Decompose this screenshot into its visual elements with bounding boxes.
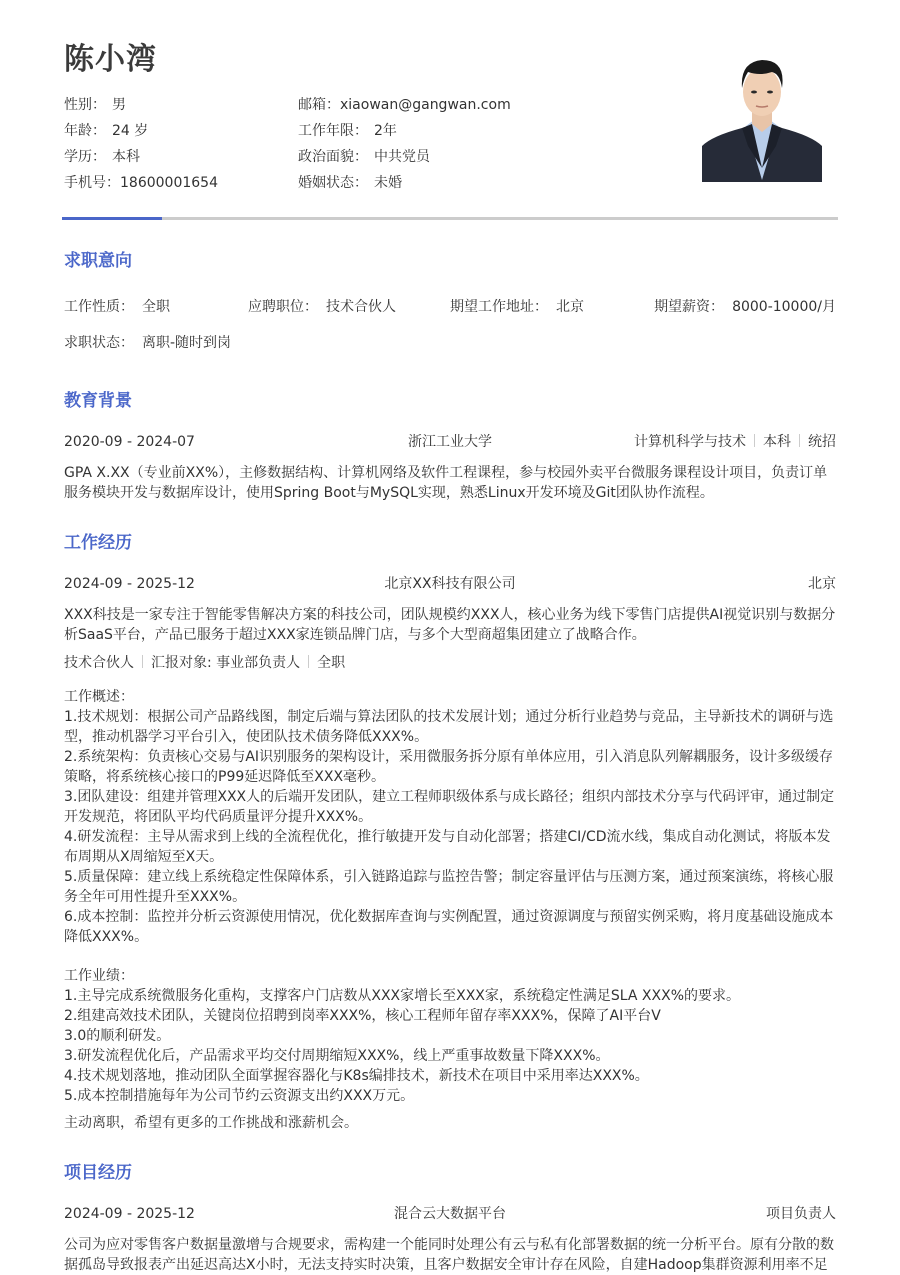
- intent-status: 求职状态：离职-随时到岗: [64, 333, 231, 353]
- intent-salary: 期望薪资：8000-10000/月: [654, 297, 836, 317]
- info-value: 中共党员: [374, 149, 430, 165]
- info-label: 工作年限：: [298, 123, 368, 139]
- text-line: 5.质量保障：建立线上系统稳定性保障体系，引入链路追踪与监控告警；制定容量评估与…: [64, 867, 836, 887]
- leave-reason: 主动离职，希望有更多的工作挑战和涨薪机会。: [64, 1113, 836, 1133]
- education-meta: 计算机科学与技术本科统招: [634, 432, 836, 452]
- text-line: 降低XXX%。: [64, 927, 836, 947]
- project-name: 混合云大数据平台: [394, 1206, 506, 1222]
- text-line: 3.研发流程优化后，产品需求平均交付周期缩短XXX%，线上严重事故数量下降XXX…: [64, 1046, 836, 1066]
- text-line: 服务模块开发与数据库设计，使用Spring Boot与MySQL实现，熟悉Lin…: [64, 483, 836, 503]
- text-line: 5.成本控制措施每年为公司节约云资源支出约XXX万元。: [64, 1086, 836, 1106]
- section-title-project: 项目经历: [64, 1161, 132, 1185]
- info-label: 性别：: [64, 97, 106, 113]
- text-line: 开发规范，将团队平均代码质量评分提升XXX%。: [64, 807, 836, 827]
- intent-location: 期望工作地址：北京: [450, 297, 584, 317]
- separator: [308, 655, 309, 668]
- section-title-education: 教育背景: [64, 389, 132, 413]
- intent-value: 北京: [556, 299, 584, 315]
- info-value: 2年: [374, 123, 397, 139]
- text-line: XXX科技是一家专注于智能零售解决方案的科技公司，团队规模约XXX人，核心业务为…: [64, 605, 836, 625]
- work-company: 北京XX科技有限公司: [384, 576, 515, 592]
- text-line: 公司为应对零售客户数据量激增与合规要求，需构建一个能同时处理公有云与私有化部署数…: [64, 1235, 836, 1255]
- education-description: GPA X.XX（专业前XX%），主修数据结构、计算机网络及软件工程课程，参与校…: [64, 463, 836, 503]
- intent-label: 工作性质：: [64, 299, 134, 315]
- info-row: 年龄：24 岁 工作年限：2年: [64, 120, 624, 146]
- info-value: 男: [112, 97, 126, 113]
- text-line: 6.成本控制：监控并分析云资源使用情况，优化数据库查询与实例配置，通过资源调度与…: [64, 907, 836, 927]
- info-political: 政治面貌：中共党员: [298, 146, 598, 172]
- text-line: 型，推动机器学习平台引入，使团队技术债务降低XXX%。: [64, 727, 836, 747]
- info-value: 本科: [112, 149, 140, 165]
- project-description: 公司为应对零售客户数据量激增与合规要求，需构建一个能同时处理公有云与私有化部署数…: [64, 1235, 836, 1275]
- info-value: 18600001654: [120, 175, 218, 191]
- intent-value: 全职: [142, 299, 170, 315]
- intent-status-row: 求职状态：离职-随时到岗: [64, 333, 836, 353]
- intent-label: 应聘职位：: [248, 299, 318, 315]
- intent-position: 应聘职位：技术合伙人: [248, 297, 396, 317]
- intent-value: 技术合伙人: [326, 299, 396, 315]
- info-label: 婚姻状态：: [298, 175, 368, 191]
- info-label: 学历：: [64, 149, 106, 165]
- info-row: 性别：男 邮箱：xiaowan@gangwan.com: [64, 94, 624, 120]
- work-job-type: 全职: [317, 655, 345, 671]
- info-education: 学历：本科: [64, 146, 298, 172]
- info-value: 24 岁: [112, 123, 148, 139]
- intent-row: 工作性质：全职 应聘职位：技术合伙人 期望工作地址：北京 期望薪资：8000-1…: [64, 297, 836, 317]
- text-line: 工作业绩：: [64, 966, 836, 986]
- work-city: 北京: [808, 574, 836, 594]
- text-line: 3.0的顺利研发。: [64, 1026, 836, 1046]
- text-line: 据孤岛导致报表产出延迟高达X小时，无法支持实时决策，且客户数据安全审计存在风险，…: [64, 1255, 836, 1275]
- text-line: 1.技术规划：根据公司产品路线图，制定后端与算法团队的技术发展计划；通过分析行业…: [64, 707, 836, 727]
- education-school: 浙江工业大学: [408, 434, 492, 450]
- text-line: 4.研发流程：主导从需求到上线的全流程优化，推行敏捷开发与自动化部署；搭建CI/…: [64, 827, 836, 847]
- info-label: 政治面貌：: [298, 149, 368, 165]
- header-divider: [62, 217, 838, 220]
- basic-info: 性别：男 邮箱：xiaowan@gangwan.com 年龄：24 岁 工作年限…: [64, 94, 624, 198]
- separator: [142, 655, 143, 668]
- work-overview: 工作概述： 1.技术规划：根据公司产品路线图，制定后端与算法团队的技术发展计划；…: [64, 687, 836, 947]
- candidate-name: 陈小湾: [64, 40, 157, 80]
- section-title-intent: 求职意向: [64, 249, 132, 273]
- info-gender: 性别：男: [64, 94, 298, 120]
- text-line: 主动离职，希望有更多的工作挑战和涨薪机会。: [64, 1113, 836, 1133]
- info-age: 年龄：24 岁: [64, 120, 298, 146]
- intent-job-type: 工作性质：全职: [64, 297, 170, 317]
- work-role: 技术合伙人: [64, 655, 134, 671]
- work-role-meta: 技术合伙人汇报对象: 事业部负责人全职: [64, 653, 836, 673]
- text-line: GPA X.XX（专业前XX%），主修数据结构、计算机网络及软件工程课程，参与校…: [64, 463, 836, 483]
- info-marital: 婚姻状态：未婚: [298, 172, 598, 198]
- info-email: 邮箱：xiaowan@gangwan.com: [298, 94, 598, 120]
- info-label: 邮箱：: [298, 97, 340, 113]
- info-work-years: 工作年限：2年: [298, 120, 598, 146]
- separator: [754, 434, 755, 447]
- text-line: 2.组建高效技术团队，关键岗位招聘到岗率XXX%，核心工程师年留存率XXX%，保…: [64, 1006, 836, 1026]
- work-report-to: 汇报对象: 事业部负责人: [151, 655, 300, 671]
- work-achievements: 工作业绩： 1.主导完成系统微服务化重构，支撑客户门店数从XXX家增长至XXX家…: [64, 966, 836, 1106]
- info-label: 手机号：: [64, 175, 120, 191]
- info-value: 未婚: [374, 175, 402, 191]
- text-line: 布周期从X周缩短至X天。: [64, 847, 836, 867]
- profile-photo: [702, 50, 822, 182]
- text-line: 4.技术规划落地，推动团队全面掌握容器化与K8s编排技术，新技术在项目中采用率达…: [64, 1066, 836, 1086]
- company-description: XXX科技是一家专注于智能零售解决方案的科技公司，团队规模约XXX人，核心业务为…: [64, 605, 836, 645]
- education-degree: 本科: [763, 434, 791, 450]
- separator: [799, 434, 800, 447]
- project-role: 项目负责人: [766, 1204, 836, 1224]
- intent-label: 期望工作地址：: [450, 299, 548, 315]
- intent-label: 期望薪资：: [654, 299, 724, 315]
- divider-accent: [62, 217, 162, 220]
- text-line: 析SaaS平台，产品已服务于超过XXX家连锁品牌门店，与多个大型商超集团建立了战…: [64, 625, 836, 645]
- education-major: 计算机科学与技术: [634, 434, 746, 450]
- work-period: 2024-09 - 2025-12: [64, 574, 195, 594]
- education-period: 2020-09 - 2024-07: [64, 432, 195, 452]
- text-line: 工作概述：: [64, 687, 836, 707]
- info-row: 学历：本科 政治面貌：中共党员: [64, 146, 624, 172]
- intent-label: 求职状态：: [64, 335, 134, 351]
- education-header: 2020-09 - 2024-07 浙江工业大学 计算机科学与技术本科统招: [64, 432, 836, 452]
- text-line: 3.团队建设：组建并管理XXX人的后端开发团队，建立工程师职级体系与成长路径；组…: [64, 787, 836, 807]
- info-value[interactable]: xiaowan@gangwan.com: [340, 97, 511, 113]
- text-line: 2.系统架构：负责核心交易与AI识别服务的架构设计，采用微服务拆分原有单体应用，…: [64, 747, 836, 767]
- text-line: 策略，将系统核心接口的P99延迟降低至XXX毫秒。: [64, 767, 836, 787]
- intent-value: 离职-随时到岗: [142, 335, 231, 351]
- info-phone: 手机号：18600001654: [64, 172, 298, 198]
- info-label: 年龄：: [64, 123, 106, 139]
- section-title-work: 工作经历: [64, 531, 132, 555]
- project-header: 2024-09 - 2025-12 混合云大数据平台 项目负责人: [64, 1204, 836, 1224]
- text-line: 务全年可用性提升至XXX%。: [64, 887, 836, 907]
- info-row: 手机号：18600001654 婚姻状态：未婚: [64, 172, 624, 198]
- intent-value: 8000-10000/月: [732, 299, 836, 315]
- project-period: 2024-09 - 2025-12: [64, 1204, 195, 1224]
- work-header: 2024-09 - 2025-12 北京XX科技有限公司 北京: [64, 574, 836, 594]
- education-type: 统招: [808, 434, 836, 450]
- text-line: 1.主导完成系统微服务化重构，支撑客户门店数从XXX家增长至XXX家，系统稳定性…: [64, 986, 836, 1006]
